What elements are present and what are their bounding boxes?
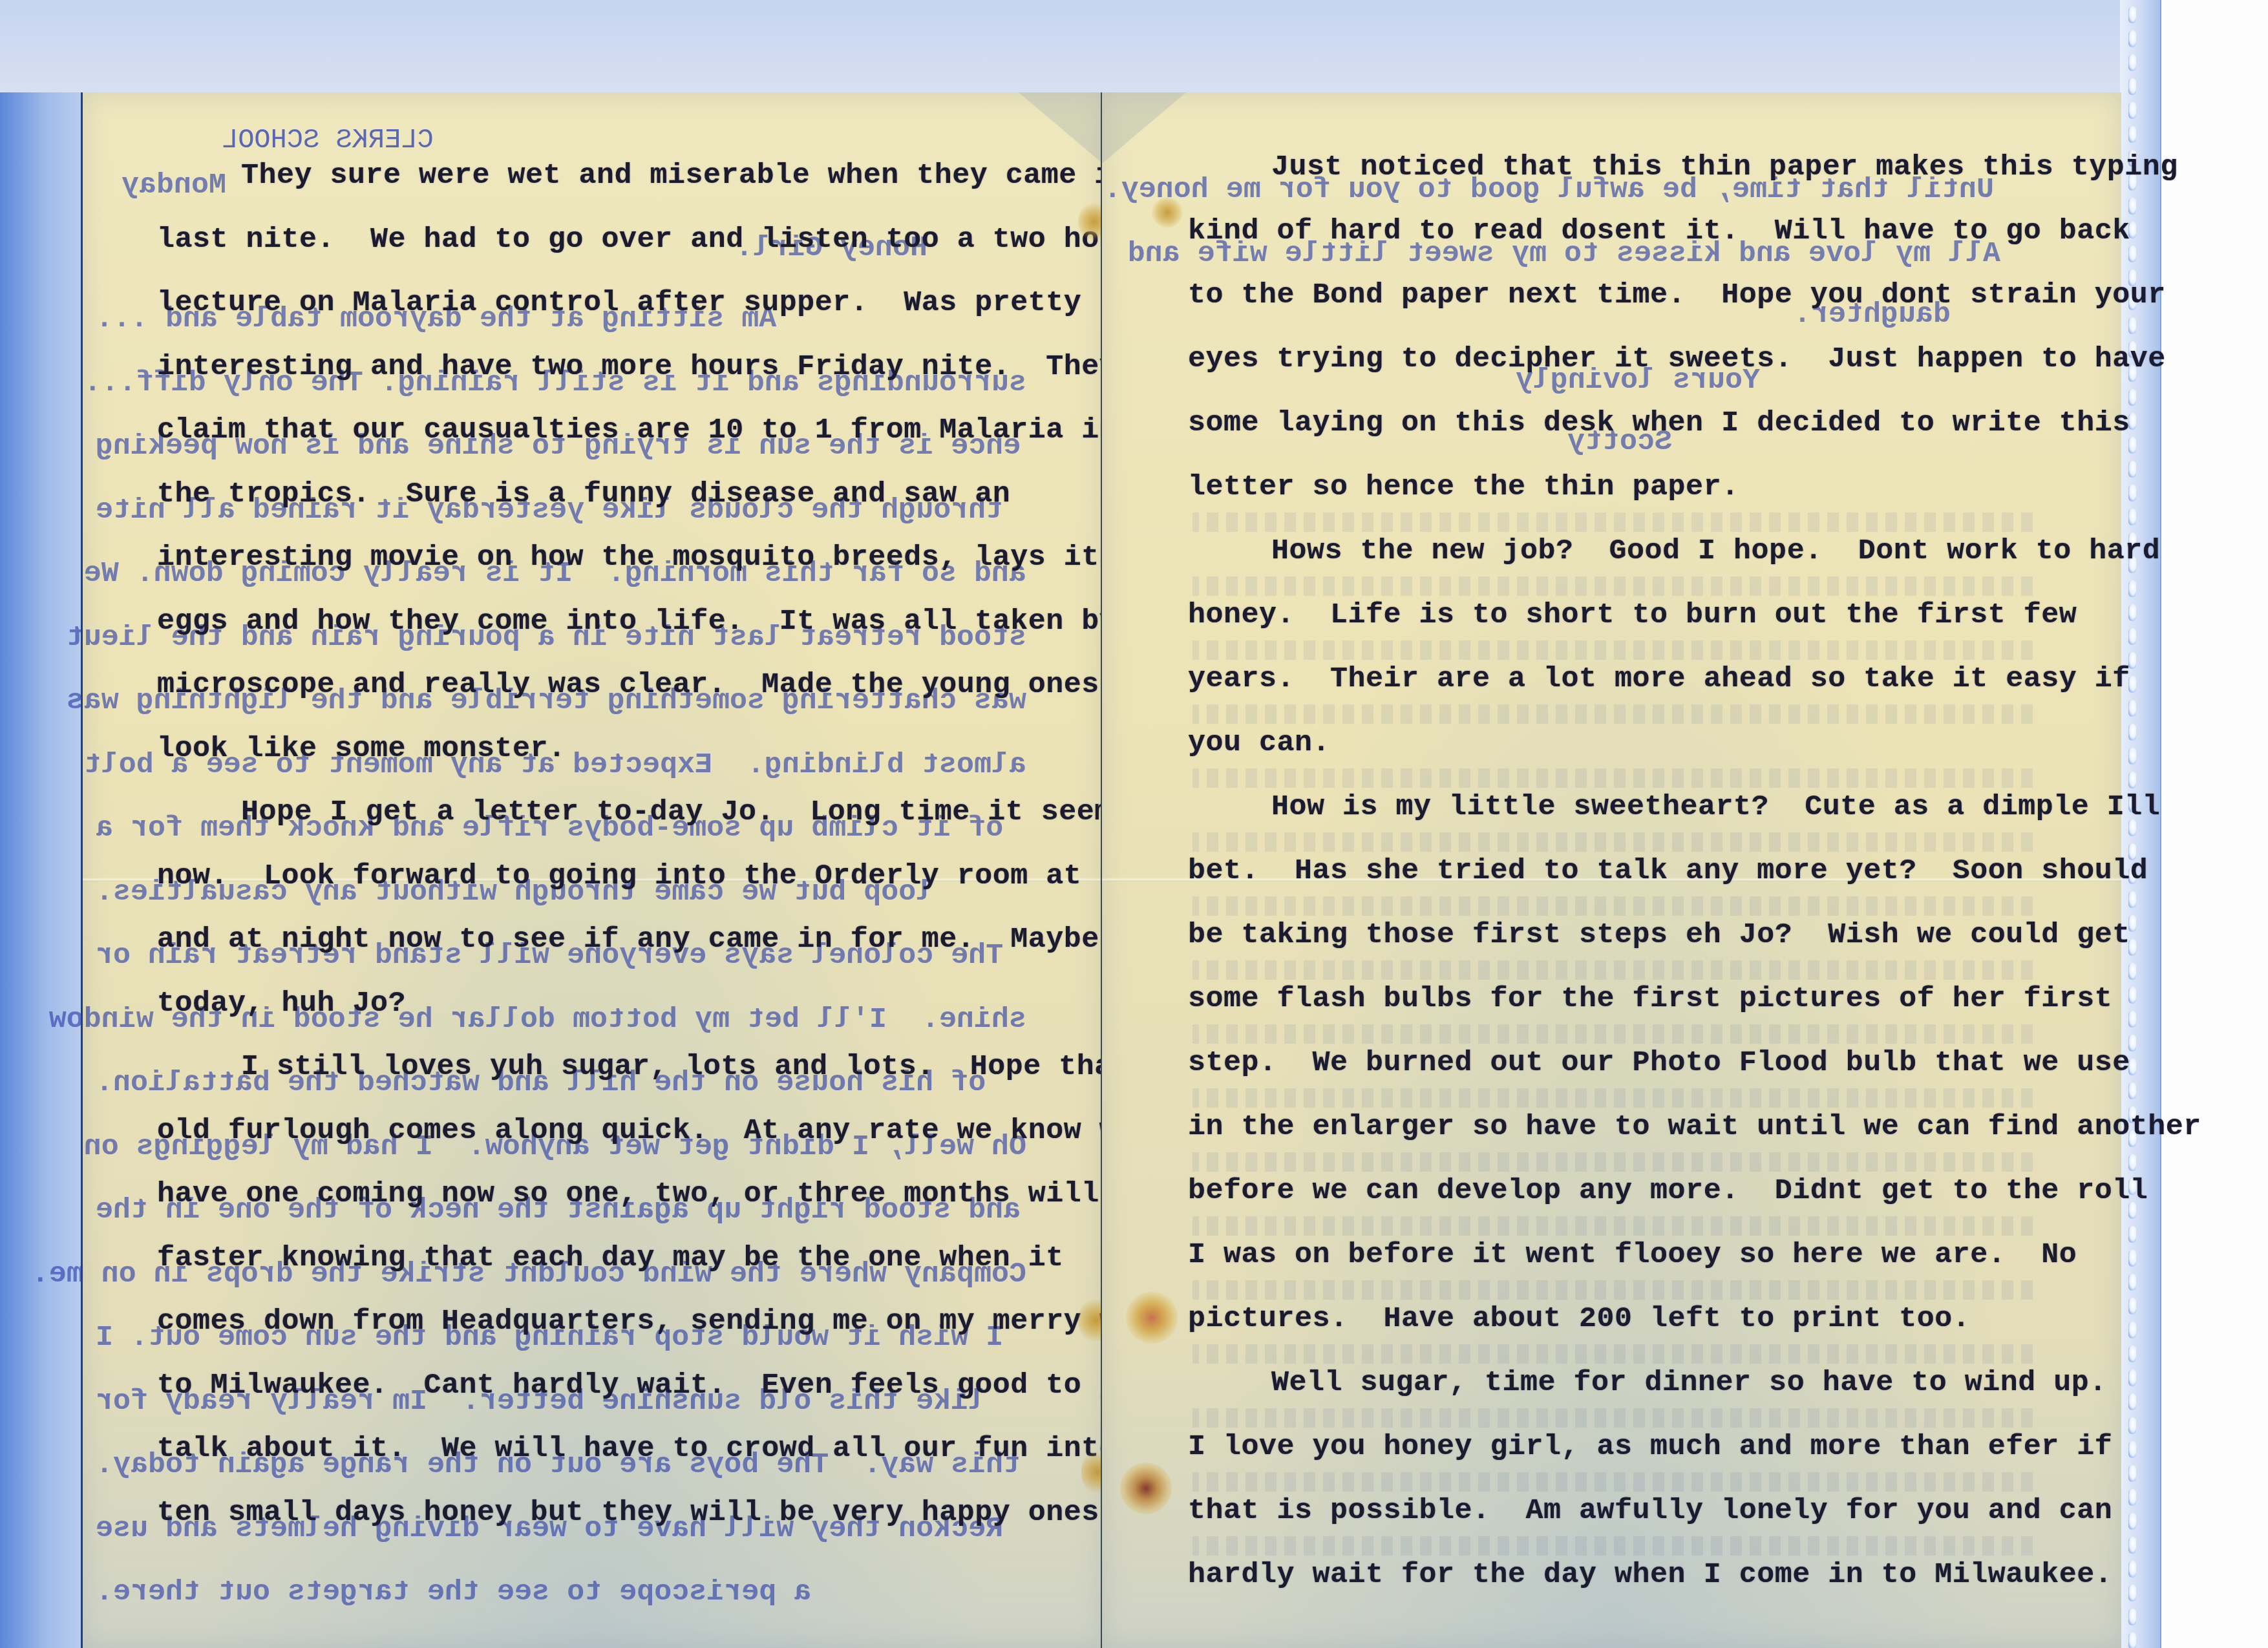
sleeve-hole — [2128, 1083, 2136, 1099]
sleeve-hole — [2128, 1609, 2136, 1625]
typed-line: eyes trying to decipher it sweets. Just … — [1188, 343, 2166, 375]
faint-bleed-texture — [1192, 1088, 2033, 1108]
sleeve-hole — [2128, 1369, 2136, 1386]
sleeve-hole — [2128, 198, 2136, 215]
faint-bleed-texture — [1192, 1152, 2033, 1172]
sleeve-hole — [2128, 1322, 2136, 1338]
typed-line: to Milwaukee. Cant hardly wait. Even fee… — [157, 1369, 1171, 1402]
faint-bleed-texture — [1192, 1408, 2033, 1428]
typed-line: lecture on Malaria control after supper.… — [157, 286, 1081, 319]
typed-line: you can. — [1188, 726, 1330, 759]
typed-line: kind of hard to read dosent it. Will hav… — [1188, 215, 2130, 248]
typed-line: They sure were wet and miserable when th… — [241, 159, 1130, 192]
typed-line: interesting and have two more hours Frid… — [157, 350, 1117, 383]
typed-line: Just noticed that this thin paper makes … — [1271, 151, 2178, 184]
typed-line: I still loves yuh sugar, lots and lots. … — [241, 1050, 1130, 1083]
sleeve-hole — [2128, 485, 2136, 502]
faint-bleed-texture — [1192, 576, 2033, 596]
typed-line: microscope and really was clear. Made th… — [157, 668, 1099, 701]
scanner-background — [0, 0, 2159, 92]
typed-line: honey. Life is to short to burn out the … — [1188, 598, 2077, 631]
sleeve-hole — [2128, 891, 2136, 908]
bleed-through-line: Monday — [122, 169, 226, 202]
typed-line: I love you honey girl, as much and more … — [1188, 1430, 2112, 1463]
sleeve-hole — [2128, 389, 2136, 406]
sleeve-hole — [2128, 126, 2136, 143]
typed-line: bet. Has she tried to talk any more yet?… — [1188, 854, 2148, 887]
typed-line: talk about it. We will have to crowd all… — [157, 1432, 1117, 1465]
typed-line: letter so hence the thin paper. — [1188, 470, 1739, 503]
sleeve-hole — [2128, 1537, 2136, 1554]
typed-line: claim that our causualties are 10 to 1 f… — [157, 414, 1117, 447]
sleeve-hole — [2128, 1346, 2136, 1362]
typed-line: Hope I get a letter to-day Jo. Long time… — [241, 796, 1130, 829]
sleeve-hole — [2128, 1011, 2136, 1028]
typed-line: Hows the new job? Good I hope. Dont work… — [1271, 534, 2160, 567]
sleeve-hole — [2128, 748, 2136, 765]
stain — [1120, 1463, 1172, 1514]
typed-line: years. Their are a lot more ahead so tak… — [1188, 662, 2130, 695]
sleeve-hole — [2128, 317, 2136, 334]
typed-line: look like some monster. — [157, 732, 566, 765]
faint-bleed-texture — [1192, 1472, 2033, 1492]
typed-line: before we can develop any more. Didnt ge… — [1188, 1174, 2148, 1207]
typed-line: now. Look forward to going into the Orde… — [157, 860, 1171, 893]
sleeve-hole — [2128, 509, 2136, 525]
faint-bleed-texture — [1192, 704, 2033, 724]
faint-bleed-texture — [1192, 960, 2033, 980]
stain — [1152, 197, 1183, 228]
typed-line: and at night now to see if any came in f… — [157, 923, 1099, 956]
typed-line: faster knowing that each day may be the … — [157, 1241, 1064, 1274]
typed-line: pictures. Have about 200 left to print t… — [1188, 1302, 1970, 1335]
faint-bleed-texture — [1192, 1024, 2033, 1044]
scan-margin — [2161, 0, 2268, 1648]
sleeve-hole — [2128, 461, 2136, 478]
sleeve-hole — [2128, 1298, 2136, 1315]
sleeve-hole — [2128, 6, 2136, 23]
typed-line: in the enlarger so have to wait until we… — [1188, 1110, 2201, 1143]
sleeve-hole — [2128, 963, 2136, 980]
sleeve-hole — [2128, 700, 2136, 717]
typed-line: hardly wait for the day when I come in t… — [1188, 1558, 2112, 1591]
typed-line: today, huh Jo? — [157, 987, 406, 1020]
typed-line: last nite. We had to go over and listen … — [157, 223, 1135, 256]
typed-line: some flash bulbs for the first pictures … — [1188, 982, 2112, 1015]
typed-line: comes down from Headquarters, sending me… — [157, 1305, 1152, 1338]
sleeve-hole — [2128, 580, 2136, 597]
sleeve-hole — [2128, 987, 2136, 1004]
typed-line: that is possible. Am awfully lonely for … — [1188, 1494, 2112, 1527]
sleeve-hole — [2128, 1561, 2136, 1578]
faint-bleed-texture — [1192, 1280, 2033, 1300]
sleeve-hole — [2128, 604, 2136, 621]
faint-bleed-texture — [1192, 1344, 2033, 1364]
sleeve-hole — [2128, 1632, 2136, 1648]
typed-line: be taking those first steps eh Jo? Wish … — [1188, 918, 2130, 951]
typed-line: old furlough comes along quick. At any r… — [157, 1114, 1135, 1147]
corner-fold — [1102, 92, 1186, 164]
sleeve-hole — [2128, 246, 2136, 262]
sleeve-hole — [2128, 1226, 2136, 1243]
typed-line: ten small days honey but they will be ve… — [157, 1496, 1117, 1529]
corner-fold — [1019, 92, 1103, 164]
sleeve-hole — [2128, 1465, 2136, 1482]
letter-page-right: Until that time, be awful good to you fo… — [1101, 92, 2121, 1648]
typed-line: Well sugar, time for dinner so have to w… — [1271, 1366, 2107, 1399]
faint-bleed-texture — [1192, 1536, 2033, 1556]
faint-bleed-texture — [1192, 640, 2033, 660]
sleeve-hole — [2128, 628, 2136, 645]
sleeve-hole — [2128, 1513, 2136, 1530]
sleeve-hole — [2128, 1585, 2136, 1601]
typed-line: the tropics. Sure is a funny disease and… — [157, 478, 1010, 511]
typed-line: to the Bond paper next time. Hope you do… — [1188, 279, 2166, 312]
typed-line: have one coming now so one, two, or thre… — [157, 1178, 1152, 1210]
sleeve-hole — [2128, 54, 2136, 71]
sleeve-hole — [2128, 30, 2136, 47]
sleeve-hole — [2128, 1274, 2136, 1291]
typed-line: some laying on this desk when I decided … — [1188, 407, 2130, 439]
sleeve-hole — [2128, 1441, 2136, 1458]
sleeve-hole — [2128, 1417, 2136, 1434]
faint-bleed-texture — [1192, 512, 2033, 532]
sleeve-hole — [2128, 1250, 2136, 1267]
sleeve-hole — [2128, 102, 2136, 119]
sleeve-hole — [2128, 1154, 2136, 1171]
sleeve-hole — [2128, 724, 2136, 741]
mirrored-letterhead: CLERKS SCHOOL — [222, 125, 434, 156]
typed-line: I was on before it went flooey so here w… — [1188, 1238, 2077, 1271]
typed-line: step. We burned out our Photo Flood bulb… — [1188, 1046, 2130, 1079]
letter-page-left: CLERKS SCHOOL MondayHoney Girl.Am sittin… — [81, 92, 1103, 1648]
typed-line: eggs and how they come into life. It was… — [157, 605, 1117, 638]
typed-line: How is my little sweetheart? Cute as a d… — [1271, 790, 2160, 823]
typed-line: interesting movie on how the mosquito br… — [157, 541, 1117, 574]
faint-bleed-texture — [1192, 1216, 2033, 1236]
sleeve-hole — [2128, 1489, 2136, 1506]
faint-bleed-texture — [1192, 832, 2033, 852]
stain — [1126, 1292, 1178, 1344]
sleeve-hole — [2128, 1393, 2136, 1410]
sleeve-hole — [2128, 78, 2136, 95]
bleed-through-line: a periscope to see the targets out there… — [96, 1576, 1026, 1609]
sleeve-hole — [2128, 772, 2136, 788]
faint-bleed-texture — [1192, 768, 2033, 788]
faint-bleed-texture — [1192, 896, 2033, 916]
